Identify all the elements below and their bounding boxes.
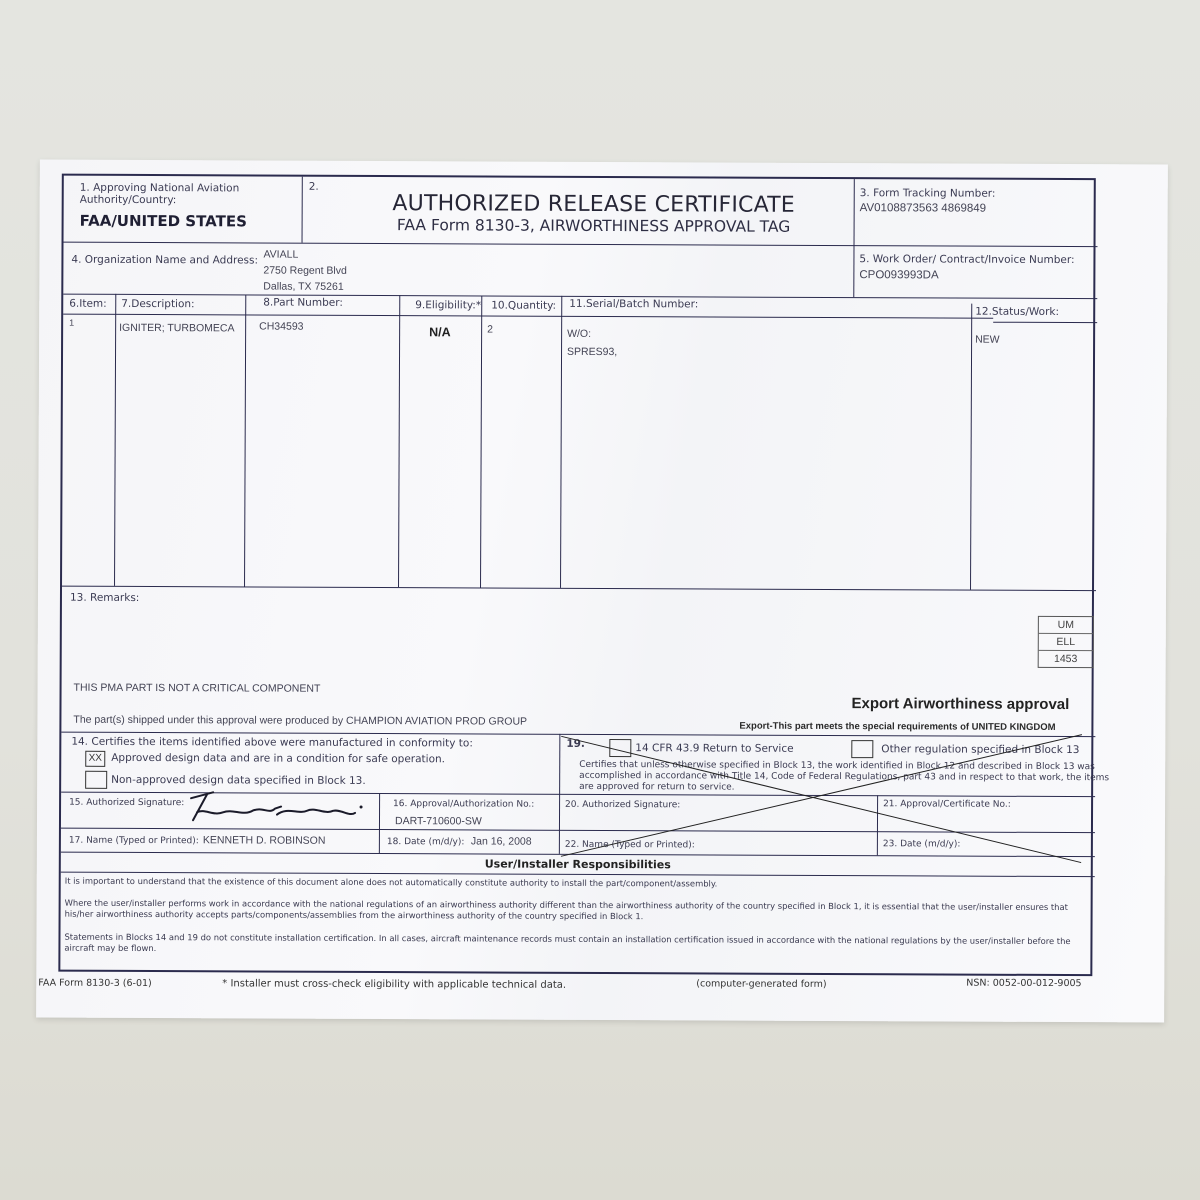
block-4-label: 4. Organization Name and Address: [71, 254, 258, 267]
side-table-cell: ELL [1039, 634, 1093, 651]
header-status: 12.Status/Work: [975, 306, 1059, 318]
block-23-label: 23. Date (m/d/y): [883, 839, 961, 849]
block-2-label: 2. [309, 181, 319, 193]
non-approved-design-checkbox[interactable] [85, 771, 107, 789]
other-regulation-option: Other regulation specified in Block 13 [881, 743, 1079, 756]
org-name: AVIALL [263, 247, 347, 263]
header-eligibility: 9.Eligibility:* [415, 299, 481, 311]
block-3: 3. Form Tracking Number: AV0108873563 48… [860, 187, 996, 215]
block-18-label: 18. Date (m/d/y): [387, 837, 465, 847]
approved-design-option: Approved design data and are in a condit… [111, 752, 445, 765]
form-title: AUTHORIZED RELEASE CERTIFICATE [364, 191, 824, 218]
block-19-text-3: are approved for return to service. [579, 782, 734, 793]
responsibilities-heading: User/Installer Responsibilities [61, 856, 1095, 874]
form-8130-3: 1. Approving National Aviation Authority… [58, 174, 1095, 977]
org-street: 2750 Regent Blvd [263, 263, 347, 279]
block-5-label: 5. Work Order/ Contract/Invoice Number: [859, 253, 1074, 266]
side-table-cell: UM [1039, 617, 1093, 634]
header-serial: 11.Serial/Batch Number: [569, 298, 698, 311]
form-title-block: AUTHORIZED RELEASE CERTIFICATE FAA Form … [364, 191, 824, 236]
remark-pma: THIS PMA PART IS NOT A CRITICAL COMPONEN… [74, 682, 321, 695]
eligibility-note: * Installer must cross-check eligibility… [222, 978, 566, 991]
org-city: Dallas, TX 75261 [263, 279, 347, 295]
block-13-label: 13. Remarks: [70, 592, 139, 604]
block-14-label: 14. Certifies the items identified above… [71, 736, 473, 750]
approval-date: Jan 16, 2008 [471, 835, 532, 847]
remark-producer: The part(s) shipped under this approval … [73, 714, 527, 728]
remarks-side-table: UM ELL 1453 [1038, 616, 1094, 668]
row-part-number: CH34593 [259, 321, 303, 333]
block-1-label-2: Authority/Country: [80, 194, 247, 207]
return-to-service-option: 14 CFR 43.9 Return to Service [635, 742, 793, 755]
block-5: 5. Work Order/ Contract/Invoice Number: … [859, 253, 1074, 282]
form-id: FAA Form 8130-3 (6-01) [38, 978, 152, 989]
block-17-label: 17. Name (Typed or Printed): [69, 836, 199, 847]
side-table-cell: 1453 [1039, 651, 1093, 667]
export-approval-title: Export Airworthiness approval [851, 695, 1069, 713]
approving-authority: FAA/UNITED STATES [80, 212, 247, 231]
organization-address: AVIALL 2750 Regent Blvd Dallas, TX 75261 [263, 247, 347, 295]
block-3-label: 3. Form Tracking Number: [860, 187, 996, 200]
row-item: 1 [69, 318, 74, 328]
header-quantity: 10.Quantity: [491, 300, 556, 312]
block-20-label: 20. Authorized Signature: [565, 800, 680, 811]
responsibilities-para-3a: Statements in Blocks 14 and 19 do not co… [64, 932, 1070, 946]
signer-name: KENNETH D. ROBINSON [203, 834, 326, 847]
header-part-number: 8.Part Number: [263, 297, 343, 309]
authorized-signature [183, 788, 373, 831]
other-regulation-checkbox[interactable] [851, 740, 873, 758]
approved-design-checkbox[interactable]: XX [85, 751, 105, 767]
nsn-number: NSN: 0052-00-012-9005 [966, 978, 1081, 990]
block-1: 1. Approving National Aviation Authority… [80, 182, 248, 231]
computer-generated-note: (computer-generated form) [696, 978, 826, 990]
block-1-label: 1. Approving National Aviation [80, 182, 247, 195]
responsibilities-para-2b: his/her airworthiness authority accepts … [65, 909, 644, 922]
work-order-number: CPO093993DA [859, 269, 1074, 282]
block-16-label: 16. Approval/Authorization No.: [393, 799, 534, 810]
header-item: 6.Item: [69, 298, 107, 310]
approval-number: DART-710600-SW [395, 815, 482, 827]
row-serial-line2: SPRES93, [567, 346, 617, 358]
row-status: NEW [975, 334, 1000, 346]
block-21-label: 21. Approval/Certificate No.: [883, 799, 1011, 810]
form-tracking-number: AV0108873563 4869849 [860, 202, 996, 215]
responsibilities-para-1: It is important to understand that the e… [65, 876, 718, 889]
block-15-label: 15. Authorized Signature: [69, 798, 184, 809]
certificate-paper: 1. Approving National Aviation Authority… [36, 160, 1168, 1023]
row-eligibility: N/A [429, 325, 451, 339]
form-subtitle: FAA Form 8130-3, AIRWORTHINESS APPROVAL … [364, 216, 824, 236]
row-description: IGNITER; TURBOMECA [119, 322, 234, 335]
row-quantity: 2 [487, 323, 493, 335]
export-approval-text: Export-This part meets the special requi… [739, 721, 1055, 733]
row-serial-line1: W/O: [567, 328, 591, 340]
responsibilities-para-3b: aircraft may be flown. [64, 943, 156, 953]
block-22-label: 22. Name (Typed or Printed): [565, 840, 695, 851]
header-description: 7.Description: [121, 298, 194, 310]
non-approved-design-option: Non-approved design data specified in Bl… [111, 774, 366, 787]
